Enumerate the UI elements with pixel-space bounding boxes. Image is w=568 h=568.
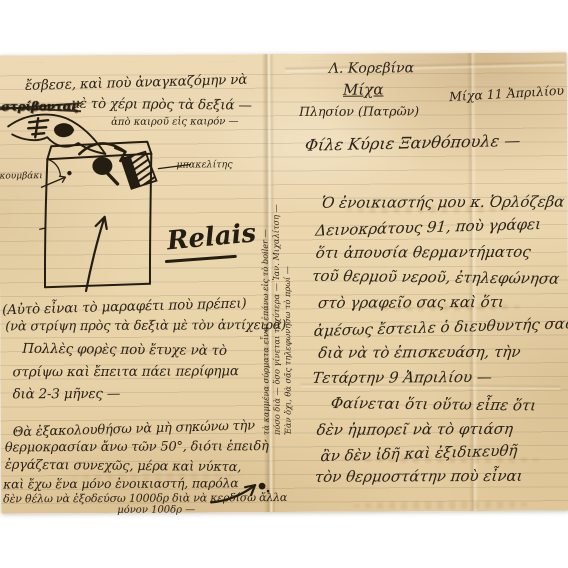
indicator-dot — [67, 171, 71, 175]
body-line-8: Τετάρτην 9 Ἀπριλίου — — [311, 368, 493, 387]
left-mid-line-4: στρίψω καὶ ἔπειτα πάει περίφημα — [12, 363, 238, 380]
sender-line-2: Μίχα — [343, 80, 384, 98]
left-mid-line-5: διὰ 2-3 μῆνες — — [13, 386, 121, 403]
up-arrow-icon — [86, 217, 107, 291]
sender-line-3: Πλησίον (Πατρῶν) — [299, 103, 419, 119]
body-line-9: Φαίνεται ὅτι οὕτω εἶπε ὅτι — [330, 394, 538, 415]
body-line-5: στὸ γραφεῖο σας καὶ ὅτι — [317, 293, 505, 312]
body-line-2: Δεινοκράτους 91, ποὺ γράφει — [315, 215, 542, 240]
body-line-4: τοῦ θερμοῦ νεροῦ, ἐτηλεφώνησα — [311, 267, 560, 288]
salutation: Φίλε Κύριε Ξανθόπουλε — — [304, 131, 522, 155]
body-line-6: ἀμέσως ἔστειλε ὁ διευθυντής σας — [313, 314, 568, 340]
left-bottom-line-2: θερμοκρασίαν ἄνω τῶν 50°, διότι ἐπειδὴ — [5, 439, 269, 455]
left-mid-line-3: Πολλὲς φορὲς ποὺ ἔτυχε νὰ τὸ — [22, 341, 227, 359]
relay-device-sketch — [0, 108, 235, 321]
left-bottom-line-3: ἐργάζεται συνεχῶς, μέρα καὶ νύκτα, — [5, 458, 241, 475]
left-mid-line-2: (νὰ στρίψη πρὸς τὰ δεξιὰ μὲ τὸν ἀντίχειρ… — [5, 318, 286, 334]
margin-note-line-2: πόσο διὰ — ὅσο γίνεται ταχύτερα — Ἰαν. Μ… — [270, 183, 282, 435]
body-line-7: διὰ νὰ τὸ ἐπισκευάση, τὴν — [317, 343, 521, 362]
left-bottom-line-1: Θὰ ἐξακολουθήσω νὰ μὴ σηκώνω τὴν — [13, 418, 255, 440]
body-line-3: ὅτι ἀπουσία θερμαντήματος — [315, 243, 532, 262]
body-line-12: τὸν θερμοστάτην ποὺ εἶναι — [314, 467, 524, 486]
ink-bleed-ghost — [353, 501, 533, 510]
label-line-knob — [39, 176, 65, 229]
pointing-hand-icon — [8, 114, 105, 154]
horizontal-wrinkle — [285, 60, 565, 73]
plate-label: μπακελίτης — [176, 159, 232, 170]
left-top-line-1: ἔσβεσε, καὶ ποὺ ἀναγκαζόμην νὰ — [25, 72, 248, 94]
left-bottom-line-4: καὶ ἔχω ἕνα μόνο ἐνοικιαστή, παρόλα — [3, 475, 239, 491]
letter-paper: ἔσβεσε, καὶ ποὺ ἀναγκαζόμην νὰ στρίβοντα… — [0, 53, 568, 514]
body-line-1: Ὁ ἐνοικιαστής μου κ. Ὀρλόζεβα — [321, 193, 566, 212]
scribble-mark — [28, 118, 48, 137]
sender-line-1: Λ. Κορεβίνα — [329, 60, 414, 76]
body-line-10: δὲν ἠμπορεῖ νὰ τὸ φτιάση — [316, 420, 514, 439]
date-line: Μίχα 11 Ἀπριλίου 1939. — [449, 80, 568, 104]
margin-note-line-3: Ἐὰν ὄχι, θὰ σᾶς τηλεφωνήσω τὸ πρωί — — [281, 183, 293, 435]
vertical-margin-note: τὰ καμμένα σύρματα εἶναι ἐπάνω εἰς τὸ bo… — [259, 183, 293, 435]
left-bottom-small: μόνον 100δρ — — [117, 504, 195, 515]
margin-arrow-icon — [209, 478, 271, 508]
knob-icon — [92, 157, 117, 184]
body-line-11: ἂν δὲν ἰδῆ καὶ ἐξιδικευθῆ — [320, 441, 519, 465]
knob-label: κουμβάκι — [0, 171, 43, 181]
